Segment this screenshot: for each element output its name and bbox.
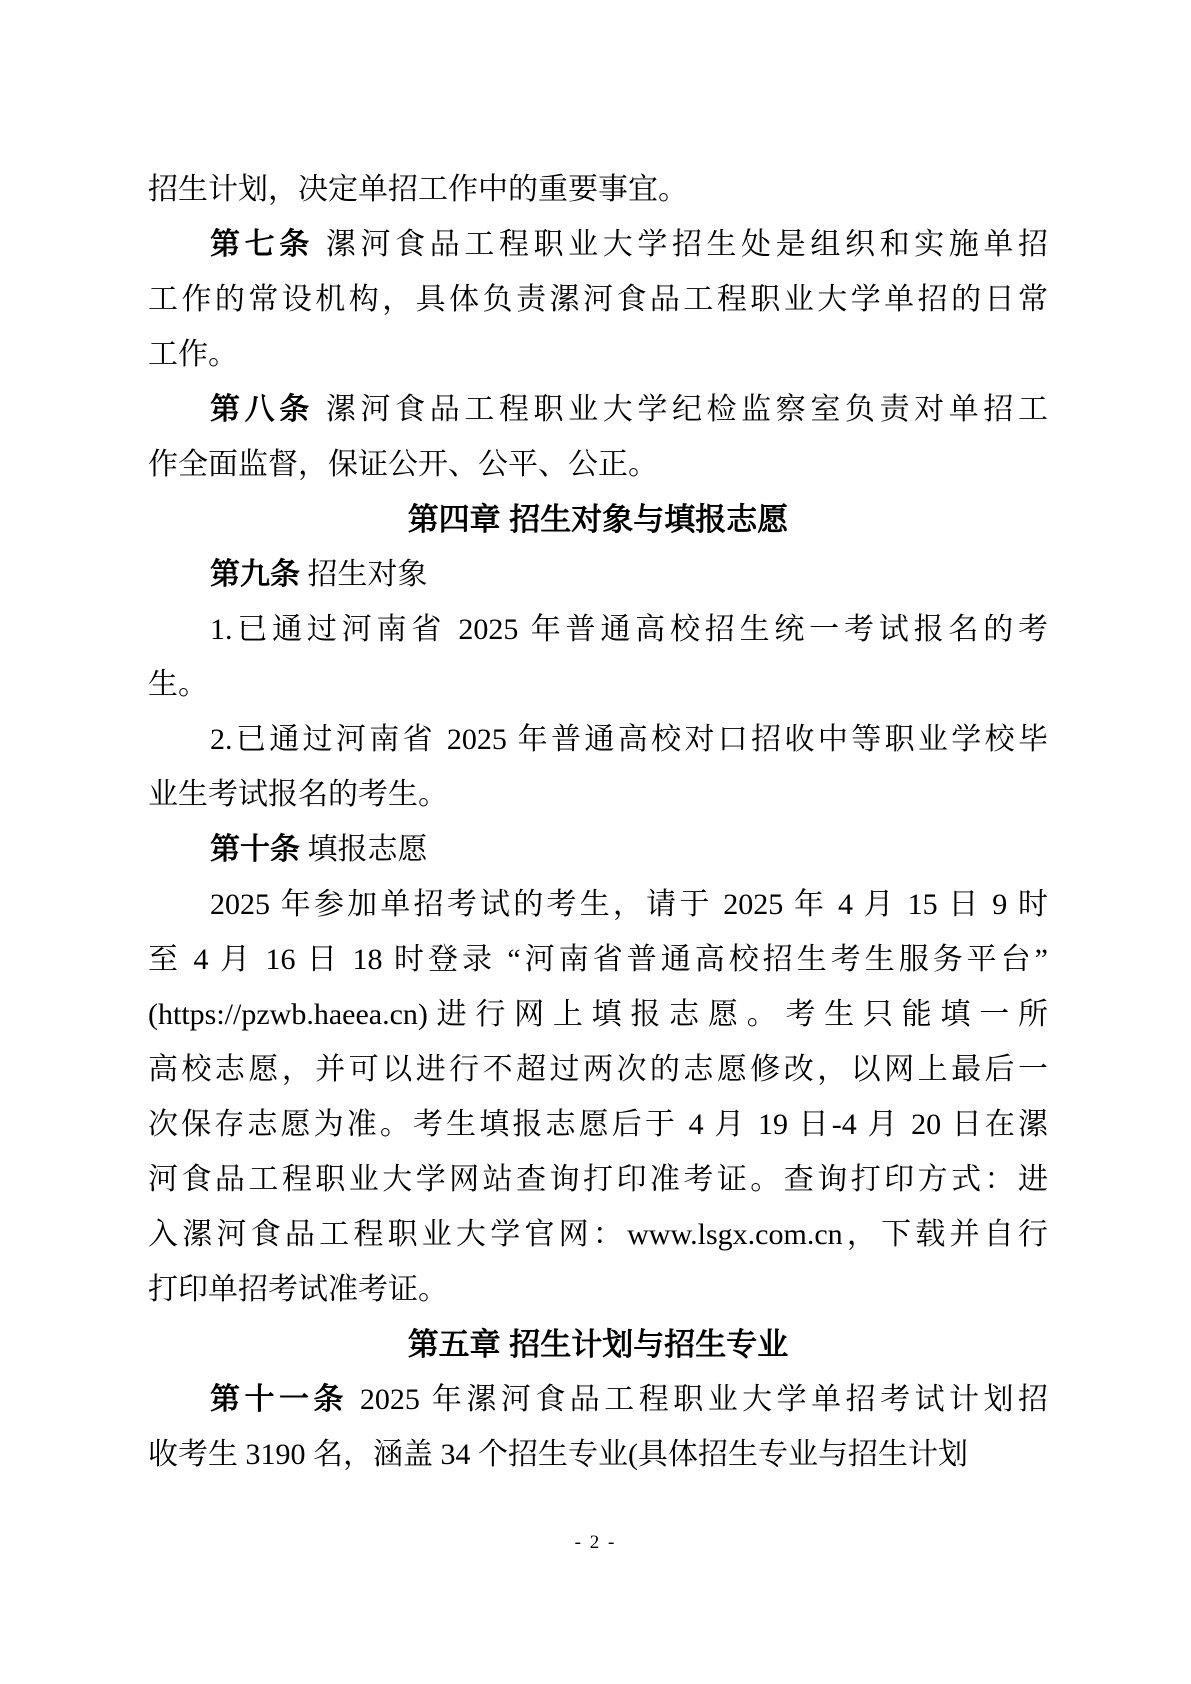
text-line: 第八条 漯河食品工程职业大学纪检监察室负责对单招工	[148, 382, 1048, 437]
text-segment: 招生计划，决定单招工作中的重要事宜。	[148, 173, 688, 206]
text-line: (https://pzwb.haeea.cn)进行网上填报志愿。考生只能填一所	[148, 987, 1048, 1042]
chapter-heading: 第四章 招生对象与填报志愿	[148, 492, 1048, 547]
page-number: - 2 -	[0, 1532, 1191, 1554]
text-segment: 高校志愿，并可以进行不超过两次的志愿修改，以网上最后一	[148, 1053, 1048, 1086]
text-segment: 漯河食品工程职业大学纪检监察室负责对单招工	[314, 393, 1048, 426]
document-body: 招生计划，决定单招工作中的重要事宜。第七条 漯河食品工程职业大学招生处是组织和实…	[148, 162, 1048, 1482]
text-segment: 业生考试报名的考生。	[148, 778, 448, 811]
article-number: 第十一条	[210, 1383, 348, 1416]
text-line: 2025 年参加单招考试的考生，请于 2025 年 4 月 15 日 9 时	[148, 877, 1048, 932]
text-segment: (https://pzwb.haeea.cn)进行网上填报志愿。考生只能填一所	[148, 998, 1048, 1031]
text-segment: 河食品工程职业大学网站查询打印准考证。查询打印方式：进	[148, 1163, 1048, 1196]
text-line: 第十一条 2025 年漯河食品工程职业大学单招考试计划招	[148, 1372, 1048, 1427]
text-line: 工作。	[148, 327, 1048, 382]
article-number: 第九条	[210, 558, 300, 591]
text-line: 作全面监督，保证公开、公平、公正。	[148, 437, 1048, 492]
article-number: 第八条	[210, 393, 314, 426]
text-line: 招生计划，决定单招工作中的重要事宜。	[148, 162, 1048, 217]
text-segment: 1.已通过河南省 2025 年普通高校招生统一考试报名的考	[210, 613, 1048, 646]
text-segment: 招生对象	[300, 558, 428, 591]
text-line: 生。	[148, 657, 1048, 712]
text-line: 1.已通过河南省 2025 年普通高校招生统一考试报名的考	[148, 602, 1048, 657]
text-line: 第七条 漯河食品工程职业大学招生处是组织和实施单招	[148, 217, 1048, 272]
text-segment: 收考生 3190 名，涵盖 34 个招生专业(具体招生专业与招生计划	[148, 1438, 968, 1471]
article-number: 第七条	[210, 228, 314, 261]
text-segment: 2.已通过河南省 2025 年普通高校对口招收中等职业学校毕	[210, 723, 1048, 756]
text-segment: 填报志愿	[300, 833, 428, 866]
text-line: 第十条 填报志愿	[148, 822, 1048, 877]
text-line: 2.已通过河南省 2025 年普通高校对口招收中等职业学校毕	[148, 712, 1048, 767]
chapter-heading: 第五章 招生计划与招生专业	[148, 1317, 1048, 1372]
text-segment: 2025 年参加单招考试的考生，请于 2025 年 4 月 15 日 9 时	[210, 888, 1048, 921]
article-number: 第五章 招生计划与招生专业	[408, 1327, 789, 1362]
text-segment: 打印单招考试准考证。	[148, 1273, 448, 1306]
text-line: 河食品工程职业大学网站查询打印准考证。查询打印方式：进	[148, 1152, 1048, 1207]
text-segment: 作全面监督，保证公开、公平、公正。	[148, 448, 658, 481]
text-segment: 次保存志愿为准。考生填报志愿后于 4 月 19 日-4 月 20 日在漯	[148, 1108, 1048, 1141]
text-segment: 漯河食品工程职业大学招生处是组织和实施单招	[314, 228, 1048, 261]
text-segment: 工作。	[148, 338, 238, 371]
text-line: 工作的常设机构，具体负责漯河食品工程职业大学单招的日常	[148, 272, 1048, 327]
text-line: 次保存志愿为准。考生填报志愿后于 4 月 19 日-4 月 20 日在漯	[148, 1097, 1048, 1152]
text-line: 第九条 招生对象	[148, 547, 1048, 602]
text-line: 入漯河食品工程职业大学官网：www.lsgx.com.cn，下载并自行	[148, 1207, 1048, 1262]
text-line: 业生考试报名的考生。	[148, 767, 1048, 822]
text-line: 高校志愿，并可以进行不超过两次的志愿修改，以网上最后一	[148, 1042, 1048, 1097]
text-line: 打印单招考试准考证。	[148, 1262, 1048, 1317]
text-segment: 入漯河食品工程职业大学官网：www.lsgx.com.cn，下载并自行	[148, 1218, 1048, 1251]
article-number: 第四章 招生对象与填报志愿	[408, 502, 789, 537]
article-number: 第十条	[210, 833, 300, 866]
text-segment: 工作的常设机构，具体负责漯河食品工程职业大学单招的日常	[148, 283, 1048, 316]
document-page: 招生计划，决定单招工作中的重要事宜。第七条 漯河食品工程职业大学招生处是组织和实…	[0, 0, 1191, 1684]
text-line: 至 4 月 16 日 18 时登录 “河南省普通高校招生考生服务平台”	[148, 932, 1048, 987]
text-segment: 至 4 月 16 日 18 时登录 “河南省普通高校招生考生服务平台”	[148, 943, 1048, 976]
text-line: 收考生 3190 名，涵盖 34 个招生专业(具体招生专业与招生计划	[148, 1427, 1048, 1482]
text-segment: 生。	[148, 668, 208, 701]
text-segment: 2025 年漯河食品工程职业大学单招考试计划招	[348, 1383, 1048, 1416]
